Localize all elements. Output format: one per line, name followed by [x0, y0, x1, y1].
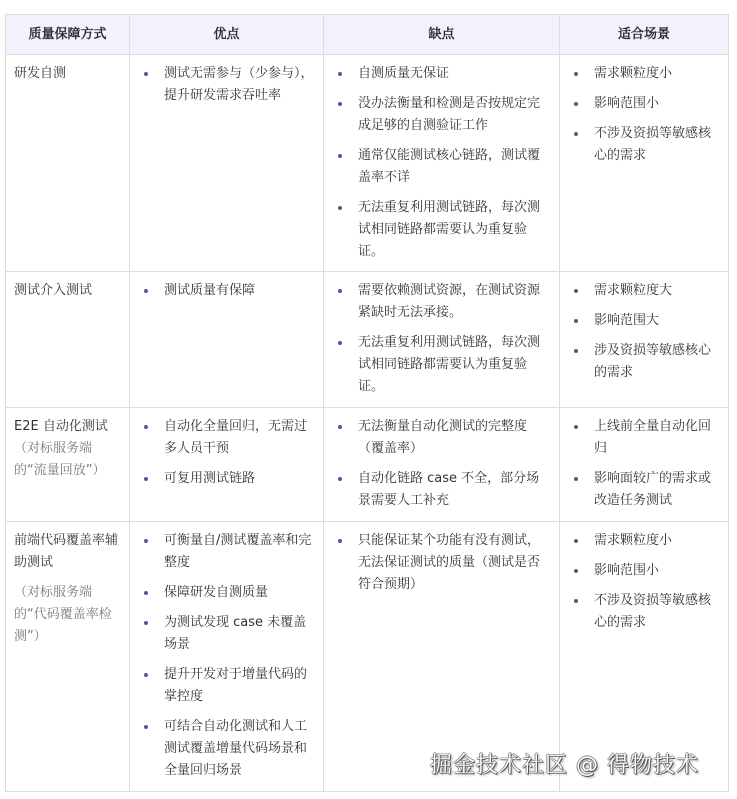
- list-item: 无法重复利用测试链路，每次测试相同链路都需要认为重复验证。: [332, 332, 551, 398]
- list-item: 影响范围小: [568, 560, 720, 582]
- bullet-icon: [574, 425, 578, 429]
- method-cell: 前端代码覆盖率辅助测试 （对标服务端的“代码覆盖率检测”）: [6, 522, 130, 792]
- bullet-icon: [144, 621, 148, 625]
- header-cons: 缺点: [324, 15, 560, 55]
- method-name: 研发自测: [14, 63, 123, 85]
- list-item: 不涉及资损等敏感核心的需求: [568, 123, 720, 167]
- list-item: 没办法衡量和检测是否按规定完成足够的自测验证工作: [332, 93, 551, 137]
- bullet-icon: [338, 154, 342, 158]
- header-scenarios: 适合场景: [560, 15, 729, 55]
- bullet-icon: [338, 341, 342, 345]
- table-row: 测试介入测试 测试质量有保障 需要依赖测试资源，在测试资源紧缺时无法承接。 无法…: [6, 272, 729, 408]
- quality-assurance-comparison-table: 质量保障方式 优点 缺点 适合场景 研发自测 测试无需参与（少参与），提升研发需…: [5, 14, 729, 792]
- list-item: 无法重复利用测试链路，每次测试相同链路都需要认为重复验证。: [332, 197, 551, 263]
- bullet-icon: [144, 477, 148, 481]
- pros-list: 测试质量有保障: [138, 280, 315, 302]
- bullet-icon: [574, 569, 578, 573]
- bullet-icon: [144, 591, 148, 595]
- list-item: 无法衡量自动化测试的完整度（覆盖率）: [332, 416, 551, 460]
- scenarios-cell: 上线前全量自动化回归 影响面较广的需求或改造任务测试: [560, 408, 729, 522]
- bullet-icon: [338, 72, 342, 76]
- bullet-icon: [574, 477, 578, 481]
- pros-cell: 测试无需参与（少参与），提升研发需求吞吐率: [130, 55, 324, 272]
- bullet-icon: [574, 102, 578, 106]
- list-item: 影响范围大: [568, 310, 720, 332]
- list-item: 只能保证某个功能有没有测试，无法保证测试的质量（测试是否符合预期）: [332, 530, 551, 596]
- scenarios-list: 需求颗粒度小 影响范围小 不涉及资损等敏感核心的需求: [568, 530, 720, 634]
- list-item: 提升开发对于增量代码的掌控度: [138, 664, 315, 708]
- pros-cell: 自动化全量回归，无需过多人员干预 可复用测试链路: [130, 408, 324, 522]
- method-note: （对标服务端的“代码覆盖率检测”）: [14, 582, 123, 648]
- bullet-icon: [144, 539, 148, 543]
- list-item: 不涉及资损等敏感核心的需求: [568, 590, 720, 634]
- header-pros: 优点: [130, 15, 324, 55]
- cons-list: 自测质量无保证 没办法衡量和检测是否按规定完成足够的自测验证工作 通常仅能测试核…: [332, 63, 551, 263]
- bullet-icon: [574, 599, 578, 603]
- pros-list: 可衡量自/测试覆盖率和完整度 保障研发自测质量 为测试发现 case 未覆盖场景…: [138, 530, 315, 782]
- watermark: 掘金技术社区 @ 得物技术: [430, 748, 699, 779]
- list-item: 可结合自动化测试和人工测试覆盖增量代码场景和全量回归场景: [138, 716, 315, 782]
- bullet-icon: [574, 319, 578, 323]
- bullet-icon: [144, 425, 148, 429]
- list-item: 需求颗粒度小: [568, 530, 720, 552]
- bullet-icon: [338, 289, 342, 293]
- bullet-icon: [574, 289, 578, 293]
- list-item: 可复用测试链路: [138, 468, 315, 490]
- scenarios-list: 上线前全量自动化回归 影响面较广的需求或改造任务测试: [568, 416, 720, 512]
- scenarios-cell: 需求颗粒度小 影响范围小 不涉及资损等敏感核心的需求: [560, 55, 729, 272]
- bullet-icon: [338, 477, 342, 481]
- method-cell: 测试介入测试: [6, 272, 130, 408]
- bullet-icon: [144, 725, 148, 729]
- list-item: 需求颗粒度小: [568, 63, 720, 85]
- table-header-row: 质量保障方式 优点 缺点 适合场景: [6, 15, 729, 55]
- table-row: E2E 自动化测试 （对标服务端的“流量回放”） 自动化全量回归，无需过多人员干…: [6, 408, 729, 522]
- header-method: 质量保障方式: [6, 15, 130, 55]
- bullet-icon: [574, 539, 578, 543]
- list-item: 涉及资损等敏感核心的需求: [568, 340, 720, 384]
- bullet-icon: [144, 72, 148, 76]
- cons-list: 需要依赖测试资源，在测试资源紧缺时无法承接。 无法重复利用测试链路，每次测试相同…: [332, 280, 551, 398]
- pros-list: 自动化全量回归，无需过多人员干预 可复用测试链路: [138, 416, 315, 490]
- pros-cell: 可衡量自/测试覆盖率和完整度 保障研发自测质量 为测试发现 case 未覆盖场景…: [130, 522, 324, 792]
- comparison-table-container: 质量保障方式 优点 缺点 适合场景 研发自测 测试无需参与（少参与），提升研发需…: [5, 14, 729, 792]
- list-item: 需求颗粒度大: [568, 280, 720, 302]
- list-item: 影响范围小: [568, 93, 720, 115]
- scenarios-list: 需求颗粒度大 影响范围大 涉及资损等敏感核心的需求: [568, 280, 720, 384]
- cons-cell: 无法衡量自动化测试的完整度（覆盖率） 自动化链路 case 不全，部分场景需要人…: [324, 408, 560, 522]
- cons-cell: 自测质量无保证 没办法衡量和检测是否按规定完成足够的自测验证工作 通常仅能测试核…: [324, 55, 560, 272]
- list-item: 影响面较广的需求或改造任务测试: [568, 468, 720, 512]
- bullet-icon: [574, 132, 578, 136]
- scenarios-list: 需求颗粒度小 影响范围小 不涉及资损等敏感核心的需求: [568, 63, 720, 167]
- list-item: 自测质量无保证: [332, 63, 551, 85]
- bullet-icon: [338, 425, 342, 429]
- method-name: 测试介入测试: [14, 280, 123, 302]
- cons-cell: 需要依赖测试资源，在测试资源紧缺时无法承接。 无法重复利用测试链路，每次测试相同…: [324, 272, 560, 408]
- list-item: 测试质量有保障: [138, 280, 315, 302]
- list-item: 自动化全量回归，无需过多人员干预: [138, 416, 315, 460]
- pros-cell: 测试质量有保障: [130, 272, 324, 408]
- bullet-icon: [144, 673, 148, 677]
- method-name: E2E 自动化测试: [14, 416, 123, 438]
- scenarios-cell: 需求颗粒度大 影响范围大 涉及资损等敏感核心的需求: [560, 272, 729, 408]
- list-item: 保障研发自测质量: [138, 582, 315, 604]
- cons-list: 无法衡量自动化测试的完整度（覆盖率） 自动化链路 case 不全，部分场景需要人…: [332, 416, 551, 512]
- pros-list: 测试无需参与（少参与），提升研发需求吞吐率: [138, 63, 315, 107]
- list-item: 自动化链路 case 不全，部分场景需要人工补充: [332, 468, 551, 512]
- list-item: 为测试发现 case 未覆盖场景: [138, 612, 315, 656]
- bullet-icon: [574, 72, 578, 76]
- list-item: 上线前全量自动化回归: [568, 416, 720, 460]
- bullet-icon: [338, 539, 342, 543]
- method-cell: 研发自测: [6, 55, 130, 272]
- bullet-icon: [574, 349, 578, 353]
- list-item: 需要依赖测试资源，在测试资源紧缺时无法承接。: [332, 280, 551, 324]
- bullet-icon: [338, 206, 342, 210]
- bullet-icon: [338, 102, 342, 106]
- table-row: 研发自测 测试无需参与（少参与），提升研发需求吞吐率 自测质量无保证 没办法衡量…: [6, 55, 729, 272]
- cons-list: 只能保证某个功能有没有测试，无法保证测试的质量（测试是否符合预期）: [332, 530, 551, 596]
- bullet-icon: [144, 289, 148, 293]
- method-cell: E2E 自动化测试 （对标服务端的“流量回放”）: [6, 408, 130, 522]
- method-note: （对标服务端的“流量回放”）: [14, 438, 123, 482]
- list-item: 可衡量自/测试覆盖率和完整度: [138, 530, 315, 574]
- list-item: 通常仅能测试核心链路，测试覆盖率不详: [332, 145, 551, 189]
- method-name: 前端代码覆盖率辅助测试: [14, 530, 123, 574]
- list-item: 测试无需参与（少参与），提升研发需求吞吐率: [138, 63, 315, 107]
